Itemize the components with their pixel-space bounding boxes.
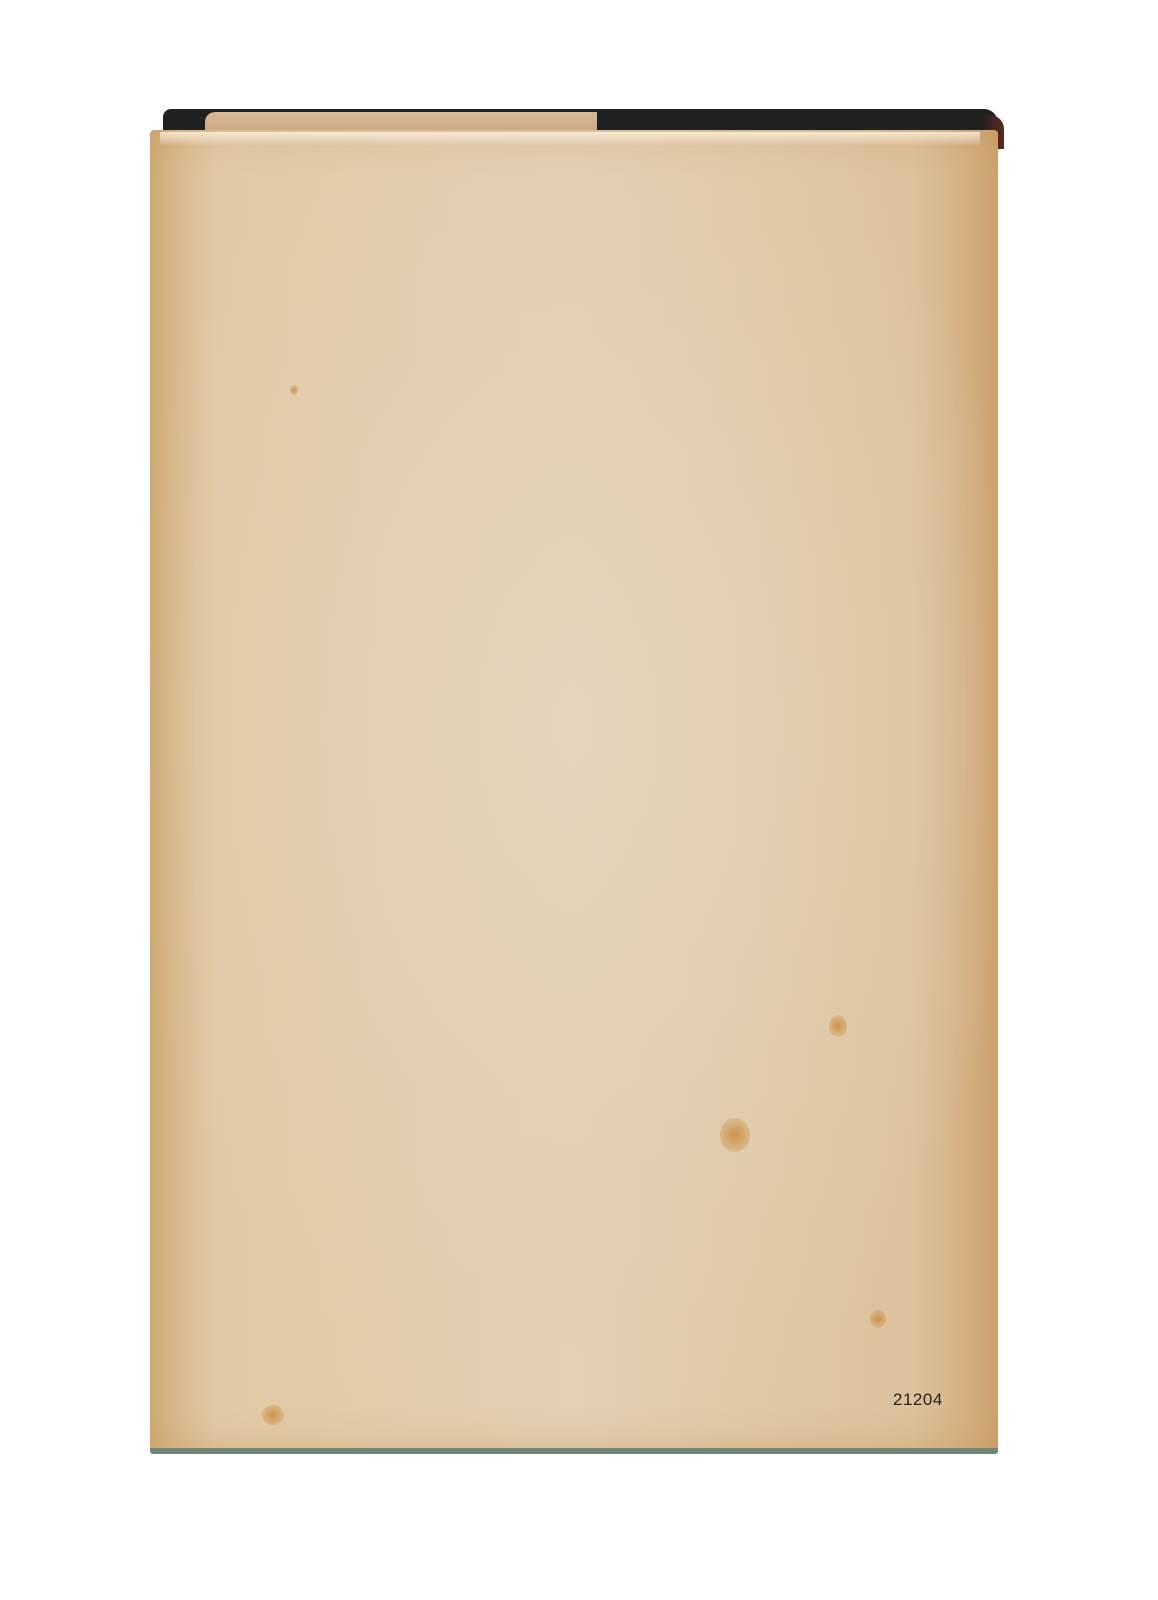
stain-spot bbox=[829, 1015, 847, 1037]
catalog-number: 21204 bbox=[893, 1390, 943, 1410]
cover-top-edge-glare bbox=[160, 132, 980, 146]
stain-spot bbox=[290, 385, 298, 395]
stain-spot bbox=[720, 1118, 750, 1152]
stain-spot bbox=[262, 1405, 284, 1425]
stain-spot bbox=[870, 1310, 886, 1328]
dust-jacket-back-cover bbox=[150, 130, 998, 1452]
cover-bottom-edge bbox=[150, 1448, 998, 1454]
